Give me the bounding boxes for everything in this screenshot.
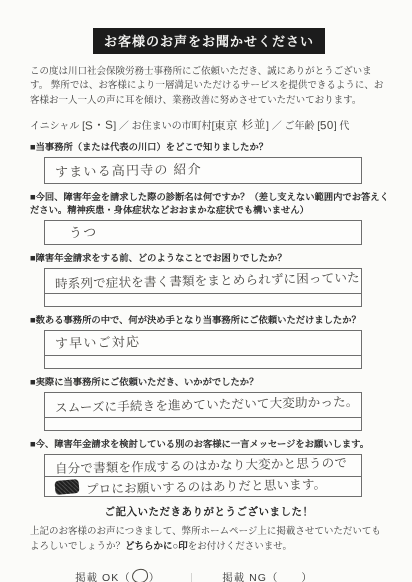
handwritten-answer: すまいる高円寺の 紹介 [55, 158, 202, 183]
handwritten-answer: 時系列で症状を書く書類をまとめられずに困っていた [55, 269, 360, 293]
question-label-impression: ■実際に当事務所にご依頼いただき、いかがでしたか？ [30, 376, 398, 389]
city-label: ] ／ お住まいの市町村[ [113, 121, 214, 132]
age-label: ] ／ ご年齢 [ [266, 121, 320, 132]
publish-ng-option: 掲載 NG（ ） [222, 570, 313, 582]
answer-row: プロにお願いするのはありだと思います。 [45, 476, 361, 496]
answer-row: 時系列で症状を書く書類をまとめられずに困っていた [45, 269, 361, 293]
answer-box-message: 自分で書類を作成するのはかなり大変かと思うので プロにお願いするのはありだと思い… [44, 454, 362, 497]
question-label-troubles: ■障害年金請求をする前、どのようなことでお困りでしたか？ [30, 252, 398, 265]
intro-line-2: 弊所では、お客様により一層満足いただけるサービスを提供できるように、お客様お一人… [30, 80, 383, 105]
handwritten-answer: す早いご対応 [55, 331, 141, 355]
question-label-diagnosis: ■今回、障害年金を請求した際の診断名は何ですか？（差し支えない範囲内でお答えくだ… [30, 191, 398, 217]
profile-line: イニシャル [S・S] ／ お住まいの市町村[東京 杉並] ／ ご年齢 [50]… [30, 117, 388, 133]
intro-text: この度は川口社会保険労務士事務所にご依頼いただき、誠にありがとうございます。 弊… [30, 65, 386, 108]
consent-text: 上記のお客様のお声につきまして、弊所ホームページ上に掲載させていただいてもよろし… [30, 525, 390, 554]
handwritten-answer: スムーズに手続きを進めていただいて大変助かった。 [55, 393, 359, 417]
answer-box-troubles: 時系列で症状を書く書類をまとめられずに困っていた [44, 268, 362, 307]
answer-row-empty [45, 417, 361, 430]
answer-row: うつ [45, 221, 361, 244]
answer-row-empty [45, 355, 361, 368]
answer-box-impression: スムーズに手続きを進めていただいて大変助かった。 [44, 392, 362, 431]
question-label-message: ■今、障害年金請求を検討している別のお客様に一言メッセージをお願いします。 [30, 438, 398, 451]
handwritten-answer: 自分で書類を作成するのはかなり大変かと思うので [55, 455, 347, 476]
publish-ok-label: 掲載 OK（ [75, 572, 131, 582]
scribble-redaction [54, 479, 79, 495]
answer-row: す早いご対応 [45, 331, 361, 355]
answer-box-deciding-factor: す早いご対応 [44, 330, 362, 369]
consent-post: をお付けくださいませ。 [188, 541, 292, 552]
handwritten-answer: プロにお願いするのはありだと思います。 [86, 476, 327, 496]
answer-row-empty [45, 293, 361, 306]
answer-row: スムーズに手続きを進めていただいて大変助かった。 [45, 393, 361, 417]
answer-box-how-found: すまいる高円寺の 紹介 [44, 157, 362, 184]
question-label-how-found: ■当事務所（または代表の川口）をどこで知りましたか？ [30, 141, 398, 154]
age-value-handwritten: 50 [320, 120, 334, 132]
initial-label: イニシャル [ [30, 121, 85, 132]
feedback-form: お客様のお声をお聞かせください この度は川口社会保険労務士事務所にご依頼いただき… [0, 0, 412, 582]
publish-ok-close: ） [149, 572, 161, 582]
answer-row: すまいる高円寺の 紹介 [45, 158, 361, 183]
answer-row: 自分で書類を作成するのはかなり大変かと思うので [45, 455, 361, 476]
question-label-deciding-factor: ■数ある事務所の中で、何が決め手となり当事務所にご依頼いただけましたか？ [30, 314, 398, 327]
handwritten-answer: うつ [69, 222, 98, 244]
initial-value-handwritten: S・S [85, 116, 114, 133]
age-suffix: ] 代 [334, 121, 350, 132]
thanks-note: ご記入いただきありがとうございました！ [30, 504, 388, 519]
page-title: お客様のお声をお聞かせください [93, 28, 325, 54]
publish-divider: ｜ [186, 570, 196, 582]
publish-choice-line: 掲載 OK（） ｜ 掲載 NG（ ） [30, 569, 388, 582]
ok-circle-mark [131, 568, 149, 582]
consent-bold: どちらかに○印 [125, 541, 188, 552]
city-value-handwritten: 東京 杉並 [214, 116, 266, 134]
title-container: お客様のお声をお聞かせください [30, 28, 388, 54]
publish-ok-option: 掲載 OK（） [75, 569, 160, 582]
answer-box-diagnosis: うつ [44, 220, 362, 245]
